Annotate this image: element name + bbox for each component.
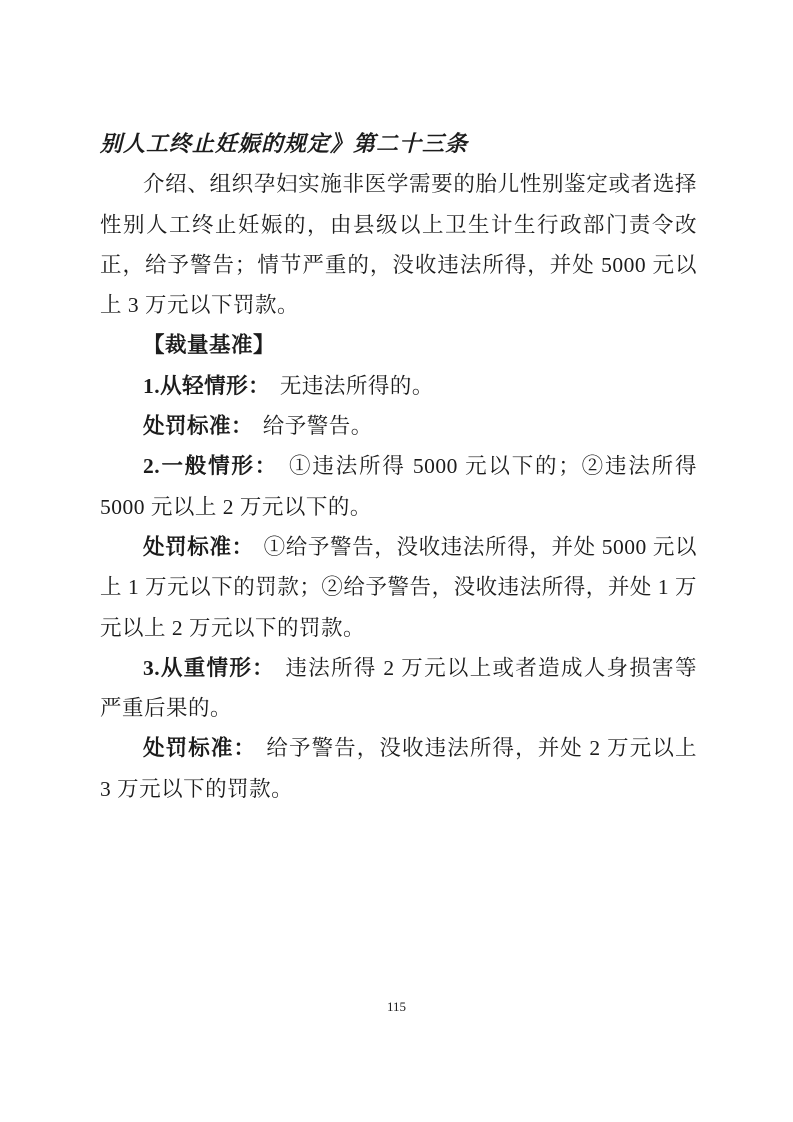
- item-severe-label: 3.从重情形：: [143, 656, 275, 680]
- item-severe-circumstance: 3.从重情形：违法所得 2 万元以上或者造成人身损害等严重后果的。: [100, 648, 697, 729]
- item-lenient-penalty: 处罚标准：给予警告。: [100, 406, 697, 446]
- item-lenient-penalty-text: 给予警告。: [263, 414, 373, 438]
- page-number: 115: [0, 998, 793, 1016]
- item-lenient-penalty-label: 处罚标准：: [143, 414, 253, 438]
- item-lenient-text: 无违法所得的。: [280, 374, 434, 398]
- item-lenient-circumstance: 1.从轻情形：无违法所得的。: [100, 366, 697, 406]
- intro-paragraph: 介绍、组织孕妇实施非医学需要的胎儿性别鉴定或者选择性别人工终止妊娠的，由县级以上…: [100, 164, 697, 325]
- document-page: 别人工终止妊娠的规定》第二十三条 介绍、组织孕妇实施非医学需要的胎儿性别鉴定或者…: [0, 0, 793, 1122]
- item-general-circumstance: 2.一般情形：①违法所得 5000 元以下的；②违法所得 5000 元以上 2 …: [100, 446, 697, 527]
- document-content: 别人工终止妊娠的规定》第二十三条 介绍、组织孕妇实施非医学需要的胎儿性别鉴定或者…: [100, 124, 697, 809]
- item-general-label: 2.一般情形：: [143, 454, 278, 478]
- item-severe-penalty-label: 处罚标准：: [143, 736, 256, 760]
- item-general-penalty: 处罚标准：①给予警告，没收违法所得，并处 5000 元以上 1 万元以下的罚款；…: [100, 527, 697, 648]
- item-lenient-label: 1.从轻情形：: [143, 374, 270, 398]
- article-heading: 别人工终止妊娠的规定》第二十三条: [100, 124, 697, 164]
- item-severe-penalty: 处罚标准：给予警告，没收违法所得，并处 2 万元以上 3 万元以下的罚款。: [100, 728, 697, 809]
- discretion-benchmark-header: 【裁量基准】: [100, 325, 697, 365]
- item-general-penalty-label: 处罚标准：: [143, 535, 254, 559]
